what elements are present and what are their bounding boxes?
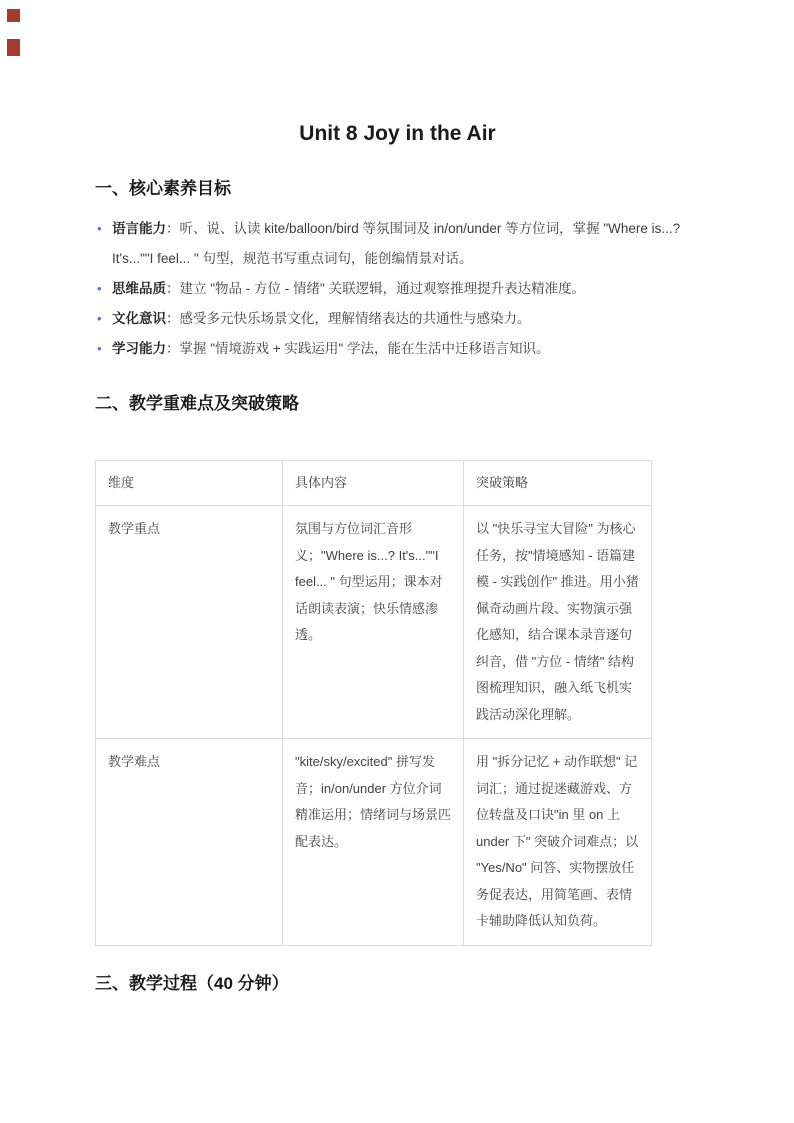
corner-mark-top [7, 9, 20, 22]
cell-content: "kite/sky/excited" 拼写发音；in/on/under 方位介词… [283, 739, 464, 946]
section-goals-heading: 一、核心素养目标 [95, 177, 700, 201]
document-title: Unit 8 Joy in the Air [95, 0, 700, 149]
section-keypoints-heading: 二、教学重难点及突破策略 [95, 392, 700, 416]
column-header-dimension: 维度 [96, 461, 283, 506]
column-header-strategy: 突破策略 [464, 461, 652, 506]
cell-dimension: 教学难点 [96, 739, 283, 946]
goal-text: ：听、说、认读 kite/balloon/bird 等氛围词及 in/on/un… [112, 221, 680, 266]
cell-dimension: 教学重点 [96, 506, 283, 739]
list-item: 思维品质：建立 "物品 - 方位 - 情绪" 关联逻辑，通过观察推理提升表达精准… [95, 274, 700, 304]
corner-mark-bottom [7, 39, 20, 56]
goal-label: 语言能力 [112, 221, 166, 236]
list-item: 文化意识：感受多元快乐场景文化，理解情绪表达的共通性与感染力。 [95, 304, 700, 334]
goal-label: 文化意识 [112, 311, 166, 326]
table-header-row: 维度 具体内容 突破策略 [96, 461, 652, 506]
cell-content: 氛围与方位词汇音形义；"Where is...? It's...""I feel… [283, 506, 464, 739]
keypoints-table: 维度 具体内容 突破策略 教学重点 氛围与方位词汇音形义；"Where is..… [95, 460, 652, 946]
goal-text: ：感受多元快乐场景文化，理解情绪表达的共通性与感染力。 [166, 311, 531, 326]
list-item: 语言能力：听、说、认读 kite/balloon/bird 等氛围词及 in/o… [95, 214, 700, 274]
goals-list: 语言能力：听、说、认读 kite/balloon/bird 等氛围词及 in/o… [95, 214, 700, 364]
goal-label: 思维品质 [112, 281, 166, 296]
goal-text: ：建立 "物品 - 方位 - 情绪" 关联逻辑，通过观察推理提升表达精准度。 [166, 281, 585, 296]
section-process-heading: 三、教学过程（40 分钟） [95, 972, 700, 996]
list-item: 学习能力：掌握 "情境游戏 + 实践运用" 学法，能在生活中迁移语言知识。 [95, 334, 700, 364]
goal-label: 学习能力 [112, 341, 166, 356]
column-header-content: 具体内容 [283, 461, 464, 506]
table-row: 教学难点 "kite/sky/excited" 拼写发音；in/on/under… [96, 739, 652, 946]
document-page: Unit 8 Joy in the Air 一、核心素养目标 语言能力：听、说、… [0, 0, 794, 996]
goal-text: ：掌握 "情境游戏 + 实践运用" 学法，能在生活中迁移语言知识。 [166, 341, 549, 356]
cell-strategy: 用 "拆分记忆 + 动作联想" 记词汇；通过捉迷藏游戏、方位转盘及口诀"in 里… [464, 739, 652, 946]
table-row: 教学重点 氛围与方位词汇音形义；"Where is...? It's...""I… [96, 506, 652, 739]
cell-strategy: 以 "快乐寻宝大冒险" 为核心任务，按"情境感知 - 语篇建模 - 实践创作" … [464, 506, 652, 739]
